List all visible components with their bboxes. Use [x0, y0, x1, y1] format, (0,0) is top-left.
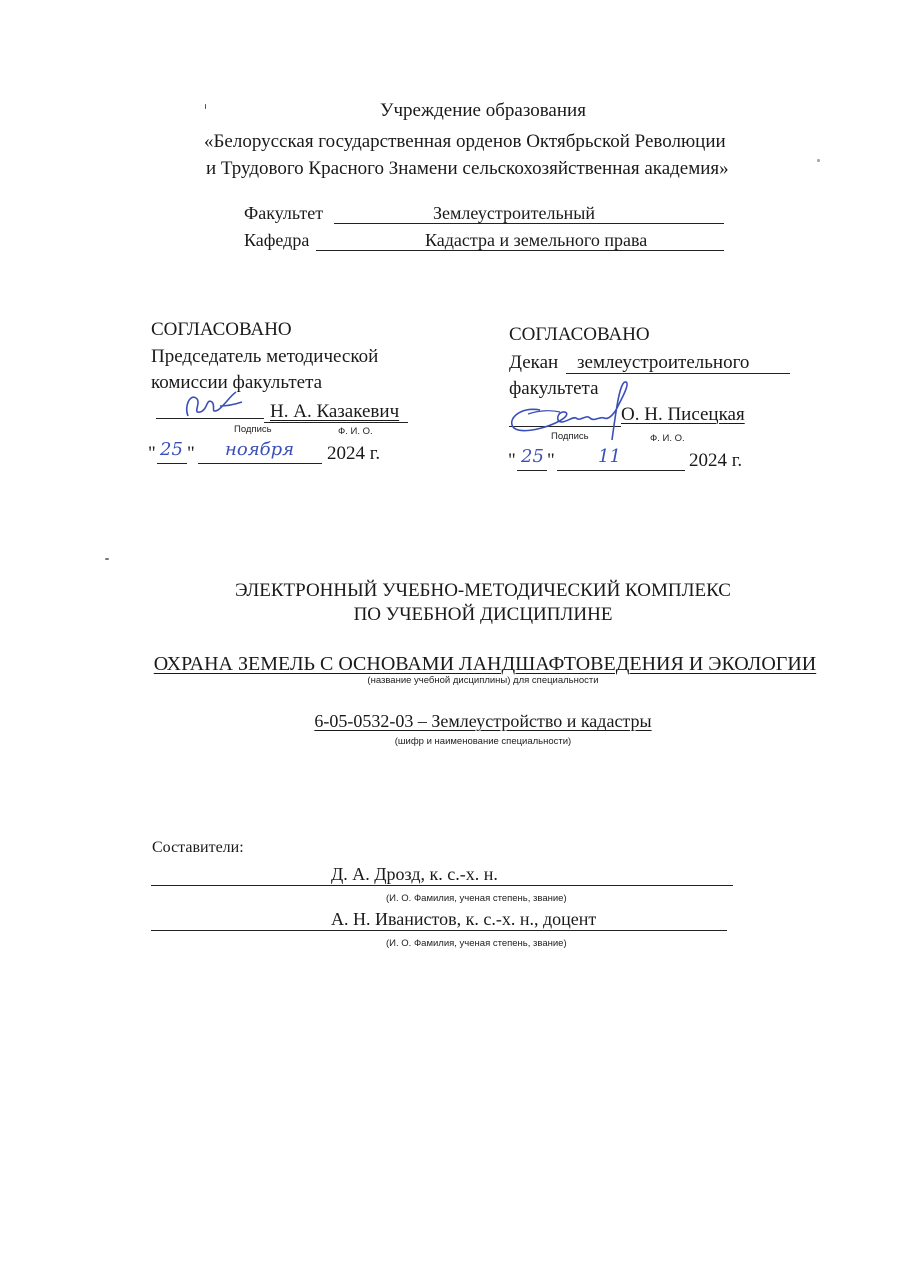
- date-month: ноября: [225, 439, 294, 460]
- author-2-caption: (И. О. Фамилия, ученая степень, звание): [386, 938, 567, 949]
- document-title-line-2: ПО УЧЕБНОЙ ДИСЦИПЛИНЕ: [0, 604, 900, 626]
- name-caption: Ф. И. О.: [650, 433, 685, 444]
- faculty-value: Землеустроительный: [433, 203, 595, 224]
- name-underline: [264, 422, 408, 423]
- author-1-caption: (И. О. Фамилия, ученая степень, звание): [386, 893, 567, 904]
- date-close-quote: ": [187, 443, 195, 465]
- author-2: А. Н. Иванистов, к. с.-х. н., доцент: [331, 909, 596, 930]
- date-year: 2024 г.: [689, 450, 742, 472]
- day-underline: [157, 463, 187, 464]
- specialty-name: 6-05-0532-03 – Землеустройство и кадастр…: [0, 711, 900, 732]
- date-year: 2024 г.: [327, 443, 380, 465]
- author-underline: [151, 885, 733, 886]
- date-open-quote: ": [508, 450, 516, 472]
- institution-line-3: и Трудового Красного Знамени сельскохозя…: [206, 158, 729, 180]
- approval-role-line-1: Председатель методической: [151, 346, 378, 368]
- date-day: 25: [521, 446, 544, 467]
- discipline-name: ОХРАНА ЗЕМЕЛЬ С ОСНОВАМИ ЛАНДШАФТОВЕДЕНИ…: [0, 653, 900, 676]
- signature-caption: Подпись: [551, 431, 589, 442]
- document-title-line-1: ЭЛЕКТРОННЫЙ УЧЕБНО-МЕТОДИЧЕСКИЙ КОМПЛЕКС: [0, 580, 900, 602]
- date-close-quote: ": [547, 450, 555, 472]
- author-1: Д. А. Дрозд, к. с.-х. н.: [331, 864, 498, 885]
- role-underline: [566, 373, 790, 374]
- date-day: 25: [160, 439, 183, 460]
- department-value: Кадастра и земельного права: [425, 230, 647, 251]
- month-underline: [557, 470, 685, 471]
- department-label: Кафедра: [244, 230, 309, 251]
- signature-caption: Подпись: [234, 424, 272, 435]
- approval-title: СОГЛАСОВАНО: [509, 324, 650, 346]
- institution-line-1: Учреждение образования: [0, 100, 900, 122]
- faculty-label: Факультет: [244, 203, 323, 224]
- day-underline: [517, 470, 547, 471]
- approval-title: СОГЛАСОВАНО: [151, 319, 292, 341]
- discipline-caption: (название учебной дисциплины) для специа…: [0, 675, 900, 686]
- month-underline: [198, 463, 322, 464]
- institution-line-2: «Белорусская государственная орденов Окт…: [204, 131, 726, 153]
- approval-role-prefix: Декан: [509, 352, 558, 374]
- specialty-caption: (шифр и наименование специальности): [0, 736, 900, 747]
- name-caption: Ф. И. О.: [338, 426, 373, 437]
- scan-speck: [105, 558, 109, 560]
- date-month: 11: [598, 446, 621, 467]
- authors-label: Составители:: [152, 839, 244, 857]
- date-open-quote: ": [148, 443, 156, 465]
- scan-speck: [205, 104, 206, 109]
- approver-name: О. Н. Писецкая: [621, 404, 745, 426]
- approval-role-line-1: землеустроительного: [577, 352, 749, 374]
- approver-name: Н. А. Казакевич: [270, 401, 399, 423]
- author-underline: [151, 930, 727, 931]
- scan-speck: [817, 159, 820, 162]
